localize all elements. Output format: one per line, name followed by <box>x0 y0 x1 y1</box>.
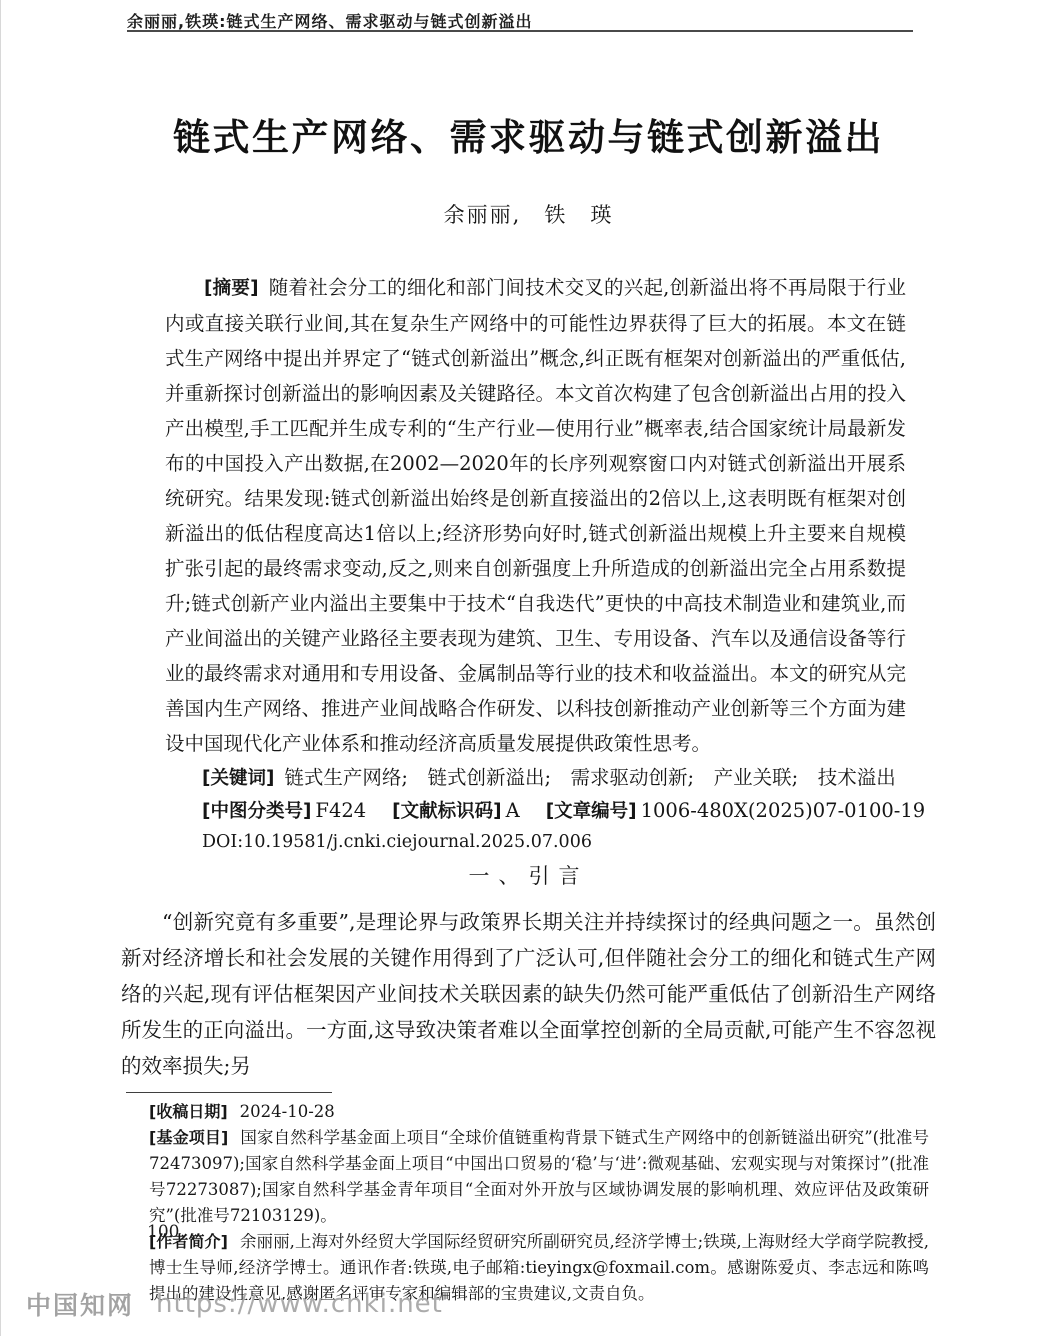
funding-line: [基金项目]国家自然科学基金面上项目“全球价值链重构背景下链式生产网络中的创新链… <box>149 1125 929 1229</box>
classification-line: [中图分类号]F424[文献标识码]A[文章编号]1006-480X(2025)… <box>165 795 906 828</box>
abstract-paragraph: [摘要]随着社会分工的细化和部门间技术交叉的兴起,创新溢出将不再局限于行业内或直… <box>165 270 906 761</box>
keywords-label: [关键词] <box>202 768 274 789</box>
intro-paragraph: “创新究竟有多重要”,是理论界与政策界长期关注并持续探讨的经典问题之一。虽然创新… <box>121 904 936 1084</box>
footnote-separator <box>126 1092 332 1093</box>
section-heading-introduction: 一、引言 <box>121 860 936 892</box>
received-date-line: [收稿日期]2024-10-28 <box>149 1099 929 1125</box>
keywords-line: [关键词]链式生产网络; 链式创新溢出; 需求驱动创新; 产业关联; 技术溢出 <box>165 761 906 795</box>
cnki-url-watermark: https://www.cnki.net <box>156 1289 443 1319</box>
footnotes-block: [收稿日期]2024-10-28 [基金项目]国家自然科学基金面上项目“全球价值… <box>149 1099 929 1307</box>
funding-text: 国家自然科学基金面上项目“全球价值链重构背景下链式生产网络中的创新链溢出研究”(… <box>149 1128 929 1225</box>
abstract-section: [摘要]随着社会分工的细化和部门间技术交叉的兴起,创新溢出将不再局限于行业内或直… <box>165 270 906 856</box>
doc-code-value: A <box>506 799 520 822</box>
clc-label: [中图分类号] <box>202 801 311 822</box>
received-date-value: 2024-10-28 <box>240 1102 335 1121</box>
page-number: 100 <box>147 1222 179 1242</box>
article-title: 链式生产网络、需求驱动与链式创新溢出 <box>121 110 936 164</box>
authors: 余丽丽, 铁 瑛 <box>121 202 936 228</box>
article-body: 链式生产网络、需求驱动与链式创新溢出 余丽丽, 铁 瑛 [摘要]随着社会分工的细… <box>121 0 936 1307</box>
cnki-brand-watermark: 中国知网 <box>26 1286 134 1322</box>
article-no-value: 1006-480X(2025)07-0100-19 <box>641 799 926 822</box>
doc-code-label: [文献标识码] <box>392 801 501 822</box>
abstract-label: [摘要] <box>204 278 259 299</box>
doi-text: DOI:10.19581/j.cnki.ciejournal.2025.07.0… <box>165 828 906 856</box>
received-date-label: [收稿日期] <box>149 1102 228 1121</box>
keywords-text: 链式生产网络; 链式创新溢出; 需求驱动创新; 产业关联; 技术溢出 <box>284 766 895 789</box>
clc-value: F424 <box>315 799 366 822</box>
journal-page: 余丽丽,铁瑛:链式生产网络、需求驱动与链式创新溢出 链式生产网络、需求驱动与链式… <box>0 0 1046 1336</box>
abstract-text: 随着社会分工的细化和部门间技术交叉的兴起,创新溢出将不再局限于行业内或直接关联行… <box>165 276 906 755</box>
funding-label: [基金项目] <box>149 1128 228 1147</box>
article-no-label: [文章编号] <box>546 801 637 822</box>
cnki-watermark: 中国知网 https://www.cnki.net <box>26 1286 443 1322</box>
